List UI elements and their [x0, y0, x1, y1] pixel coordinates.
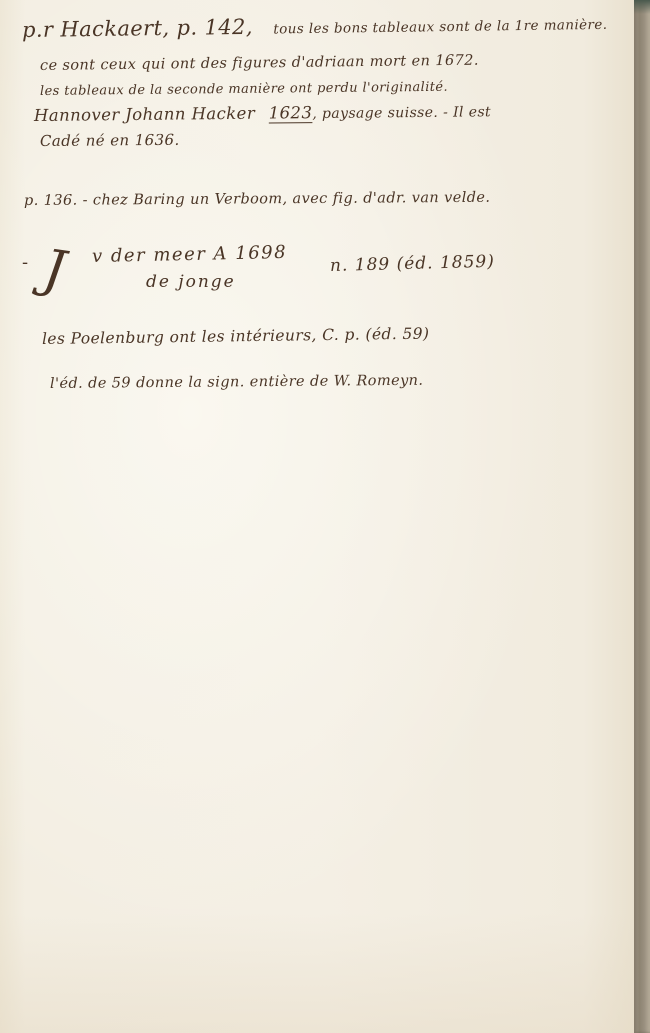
catalogue-number: n. 189 (éd. 1859) [330, 252, 495, 276]
paysage-text: , paysage suisse. - Il est [312, 104, 491, 122]
manuscript-scan: p.r Hackaert, p. 142, tous les bons tabl… [0, 0, 650, 1033]
note-line-hackaert-header: p.r Hackaert, p. 142, tous les bons tabl… [22, 10, 608, 42]
ornate-initial-j: J [40, 243, 68, 297]
hackaert-statement: tous les bons tableaux sont de la 1re ma… [273, 17, 607, 38]
underlined-year: 1623 [269, 103, 313, 122]
note-line-romeyn: l'éd. de 59 donne la sign. entière de W.… [50, 373, 424, 392]
note-line-poelenburg: les Poelenburg ont les intérieurs, C. p.… [42, 325, 430, 348]
hackaert-reference: p.r Hackaert, p. 142, [22, 15, 253, 42]
book-board-edge [634, 0, 650, 1033]
note-line-hannover: Hannover Johann Hacker 1623, paysage sui… [34, 101, 491, 125]
note-line-second-manner: les tableaux de la seconde manière ont p… [40, 80, 448, 99]
dash-mark: - [22, 252, 28, 273]
note-line-figures: ce sont ceux qui ont des figures d'adria… [40, 53, 479, 74]
paper-page: p.r Hackaert, p. 142, tous les bons tabl… [0, 0, 634, 1033]
note-line-de-jonge: de jonge [146, 272, 236, 292]
note-line-cade: Cadé né en 1636. [40, 131, 180, 150]
hannover-text: Hannover Johann Hacker [34, 104, 255, 125]
note-line-baring: p. 136. - chez Baring un Verboom, avec f… [24, 190, 491, 209]
note-line-vermeer: v der meer A 1698 [92, 242, 288, 267]
